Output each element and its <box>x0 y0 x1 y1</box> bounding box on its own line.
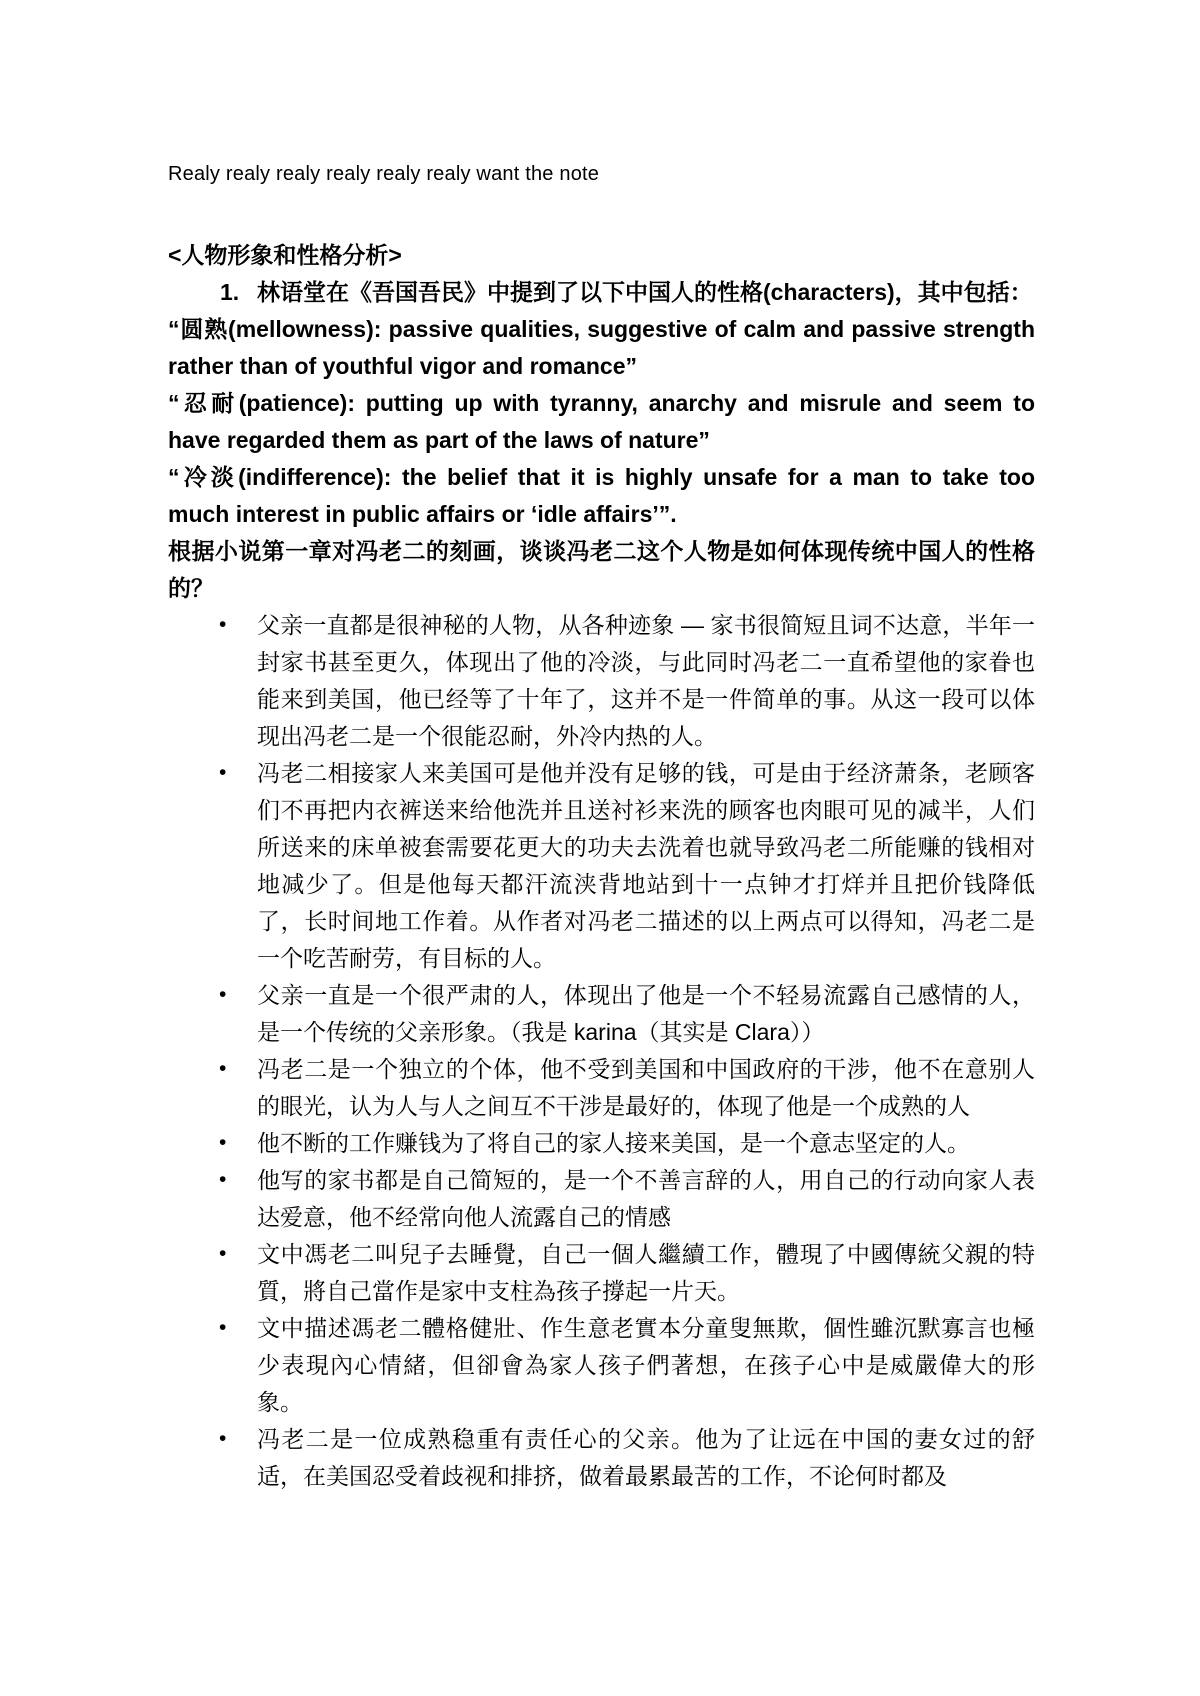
list-item-text: 文中馮老二叫兒子去睡覺，自己一個人繼續工作，體現了中國傳統父親的特質，將自己當作… <box>257 1241 1035 1304</box>
list-item: • 文中馮老二叫兒子去睡覺，自己一個人繼續工作，體現了中國傳統父親的特質，將自己… <box>168 1236 1035 1310</box>
bullet-icon: • <box>219 1161 226 1198</box>
bullet-icon: • <box>219 1309 226 1346</box>
list-item-text: 冯老二是一位成熟稳重有责任心的父亲。他为了让远在中国的妻女过的舒适，在美国忍受着… <box>257 1426 1035 1489</box>
numbered-item-text: 林语堂在《吾国吾民》中提到了以下中国人的性格(characters)，其中包括： <box>257 279 1033 305</box>
list-number: 1. <box>220 274 239 311</box>
quote-paragraph-patience: “忍耐(patience): putting up with tyranny, … <box>168 385 1035 459</box>
list-item: • 他写的家书都是自己简短的，是一个不善言辞的人，用自己的行动向家人表达爱意，他… <box>168 1162 1035 1236</box>
document-body: 1. 林语堂在《吾国吾民》中提到了以下中国人的性格(characters)，其中… <box>168 274 1035 1495</box>
list-item: • 冯老二是一位成熟稳重有责任心的父亲。他为了让远在中国的妻女过的舒适，在美国忍… <box>168 1421 1035 1495</box>
list-item-text: 他不断的工作赚钱为了将自己的家人接来美国，是一个意志坚定的人。 <box>257 1130 970 1156</box>
list-item-text: 冯老二是一个独立的个体，他不受到美国和中国政府的干涉，他不在意别人的眼光，认为人… <box>257 1056 1035 1119</box>
answer-bullet-list: • 父亲一直都是很神秘的人物，从各种迹象 — 家书很简短且词不达意，半年一封家书… <box>168 607 1035 1495</box>
quote-paragraph-indifference: “冷淡(indifference): the belief that it is… <box>168 459 1035 533</box>
list-item: • 父亲一直都是很神秘的人物，从各种迹象 — 家书很简短且词不达意，半年一封家书… <box>168 607 1035 755</box>
bullet-icon: • <box>219 754 226 791</box>
list-item-text: 他写的家书都是自己简短的，是一个不善言辞的人，用自己的行动向家人表达爱意，他不经… <box>257 1167 1035 1230</box>
list-item: • 父亲一直是一个很严肃的人，体现出了他是一个不轻易流露自己感情的人，是一个传统… <box>168 977 1035 1051</box>
document-page: Realy realy realy realy realy realy want… <box>0 0 1200 1696</box>
list-item-text: 父亲一直是一个很严肃的人，体现出了他是一个不轻易流露自己感情的人，是一个传统的父… <box>257 982 1035 1045</box>
document-title-note: Realy realy realy realy realy realy want… <box>168 160 1035 188</box>
numbered-list-item: 1. 林语堂在《吾国吾民》中提到了以下中国人的性格(characters)，其中… <box>168 274 1035 311</box>
section-heading: <人物形象和性格分析> <box>168 236 1035 274</box>
bullet-icon: • <box>219 976 226 1013</box>
list-item-text: 冯老二相接家人来美国可是他并没有足够的钱，可是由于经济萧条，老顾客们不再把内衣裤… <box>257 760 1035 971</box>
discussion-question: 根据小说第一章对冯老二的刻画，谈谈冯老二这个人物是如何体现传统中国人的性格的？ <box>168 533 1035 607</box>
bullet-icon: • <box>219 1050 226 1087</box>
list-item: • 冯老二相接家人来美国可是他并没有足够的钱，可是由于经济萧条，老顾客们不再把内… <box>168 755 1035 977</box>
bullet-icon: • <box>219 1420 226 1457</box>
list-item: • 冯老二是一个独立的个体，他不受到美国和中国政府的干涉，他不在意别人的眼光，认… <box>168 1051 1035 1125</box>
bullet-icon: • <box>219 1235 226 1272</box>
bullet-icon: • <box>219 606 226 643</box>
list-item: • 他不断的工作赚钱为了将自己的家人接来美国，是一个意志坚定的人。 <box>168 1125 1035 1162</box>
quote-paragraph-mellowness: “圆熟(mellowness): passive qualities, sugg… <box>168 311 1035 385</box>
bullet-icon: • <box>219 1124 226 1161</box>
list-item-text: 文中描述馮老二體格健壯、作生意老實本分童叟無欺，個性雖沉默寡言也極少表現內心情緒… <box>257 1315 1035 1415</box>
list-item: • 文中描述馮老二體格健壯、作生意老實本分童叟無欺，個性雖沉默寡言也極少表現內心… <box>168 1310 1035 1421</box>
list-item-text: 父亲一直都是很神秘的人物，从各种迹象 — 家书很简短且词不达意，半年一封家书甚至… <box>257 612 1035 749</box>
